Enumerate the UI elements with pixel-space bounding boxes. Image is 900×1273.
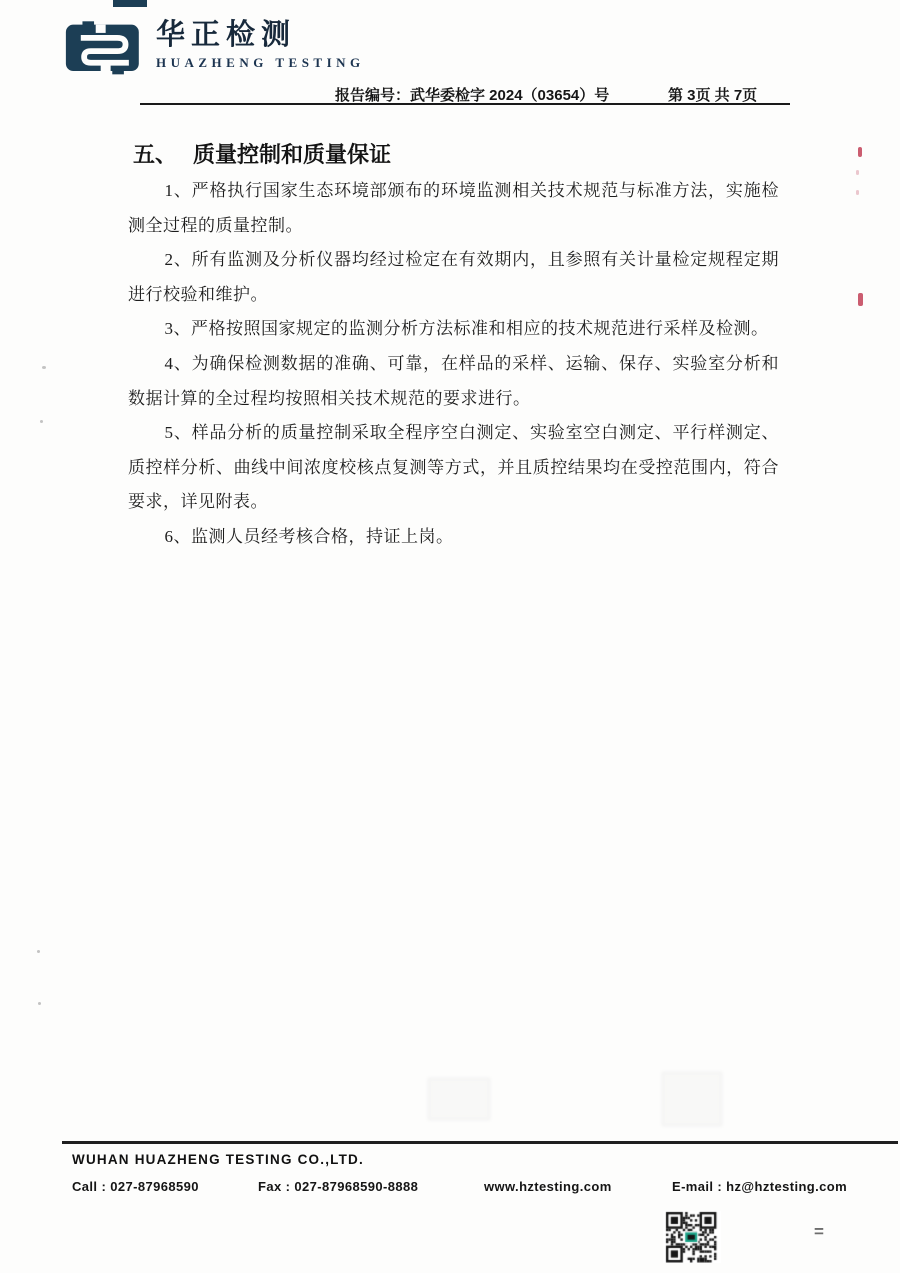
bleed-through-ghost	[662, 1072, 722, 1126]
bleed-through-ghost	[428, 1078, 490, 1120]
scan-speck	[37, 950, 40, 953]
company-logo: 华正检测 HUAZHENG TESTING	[62, 18, 365, 76]
paragraph-6: 6、监测人员经考核合格，持证上岗。	[128, 520, 779, 555]
scan-speck	[42, 366, 46, 369]
paragraph-2: 2、所有监测及分析仪器均经过检定在有效期内，且参照有关计量检定规程定期进行校验和…	[128, 243, 779, 312]
report-number-line: 报告编号：武华委检字 2024（03654）号	[335, 84, 609, 105]
footer-website: www.hztesting.com	[484, 1179, 612, 1194]
body-text-block: 1、严格执行国家生态环境部颁布的环境监测相关技术规范与标准方法，实施检测全过程的…	[128, 174, 779, 555]
logo-text: 华正检测 HUAZHENG TESTING	[156, 18, 365, 71]
header-divider-line	[140, 103, 790, 105]
top-edge-print-mark	[113, 0, 147, 7]
paragraph-3: 3、严格按照国家规定的监测分析方法标准和相应的技术规范进行采样及检测。	[128, 312, 779, 347]
company-name-en: HUAZHENG TESTING	[156, 55, 365, 71]
section-number: 五、	[133, 142, 177, 167]
scan-speck	[858, 293, 863, 306]
section-title-text: 质量控制和质量保证	[193, 142, 391, 167]
scan-speck	[856, 170, 859, 175]
footer-email: E-mail : hz@hztesting.com	[672, 1179, 847, 1194]
footer-company-name: WUHAN HUAZHENG TESTING CO.,LTD.	[72, 1152, 364, 1167]
report-number-value: 武华委检字 2024（03654）号	[410, 87, 609, 104]
footer-fax: Fax : 027-87968590-8888	[258, 1179, 418, 1194]
company-name-cn: 华正检测	[156, 18, 365, 52]
scan-speck	[856, 190, 859, 195]
paragraph-1: 1、严格执行国家生态环境部颁布的环境监测相关技术规范与标准方法，实施检测全过程的…	[128, 174, 779, 243]
qr-code-icon	[663, 1211, 721, 1263]
page-corner-mark: =	[814, 1222, 824, 1242]
scanned-report-page: 华正检测 HUAZHENG TESTING 报告编号：武华委检字 2024（03…	[0, 0, 900, 1273]
footer-divider-line	[62, 1141, 898, 1144]
section-title: 五、质量控制和质量保证	[133, 138, 391, 169]
scan-speck	[38, 1002, 41, 1005]
scan-speck	[40, 420, 43, 423]
scan-speck	[858, 147, 862, 157]
page-indicator: 第 3页 共 7页	[668, 84, 757, 105]
footer-phone: Call : 027-87968590	[72, 1179, 199, 1194]
paragraph-5: 5、样品分析的质量控制采取全程序空白测定、实验室空白测定、平行样测定、质控样分析…	[128, 416, 779, 520]
paragraph-4: 4、为确保检测数据的准确、可靠，在样品的采样、运输、保存、实验室分析和数据计算的…	[128, 347, 779, 416]
huazheng-logo-icon	[62, 18, 146, 76]
report-number-label: 报告编号：	[335, 87, 410, 104]
